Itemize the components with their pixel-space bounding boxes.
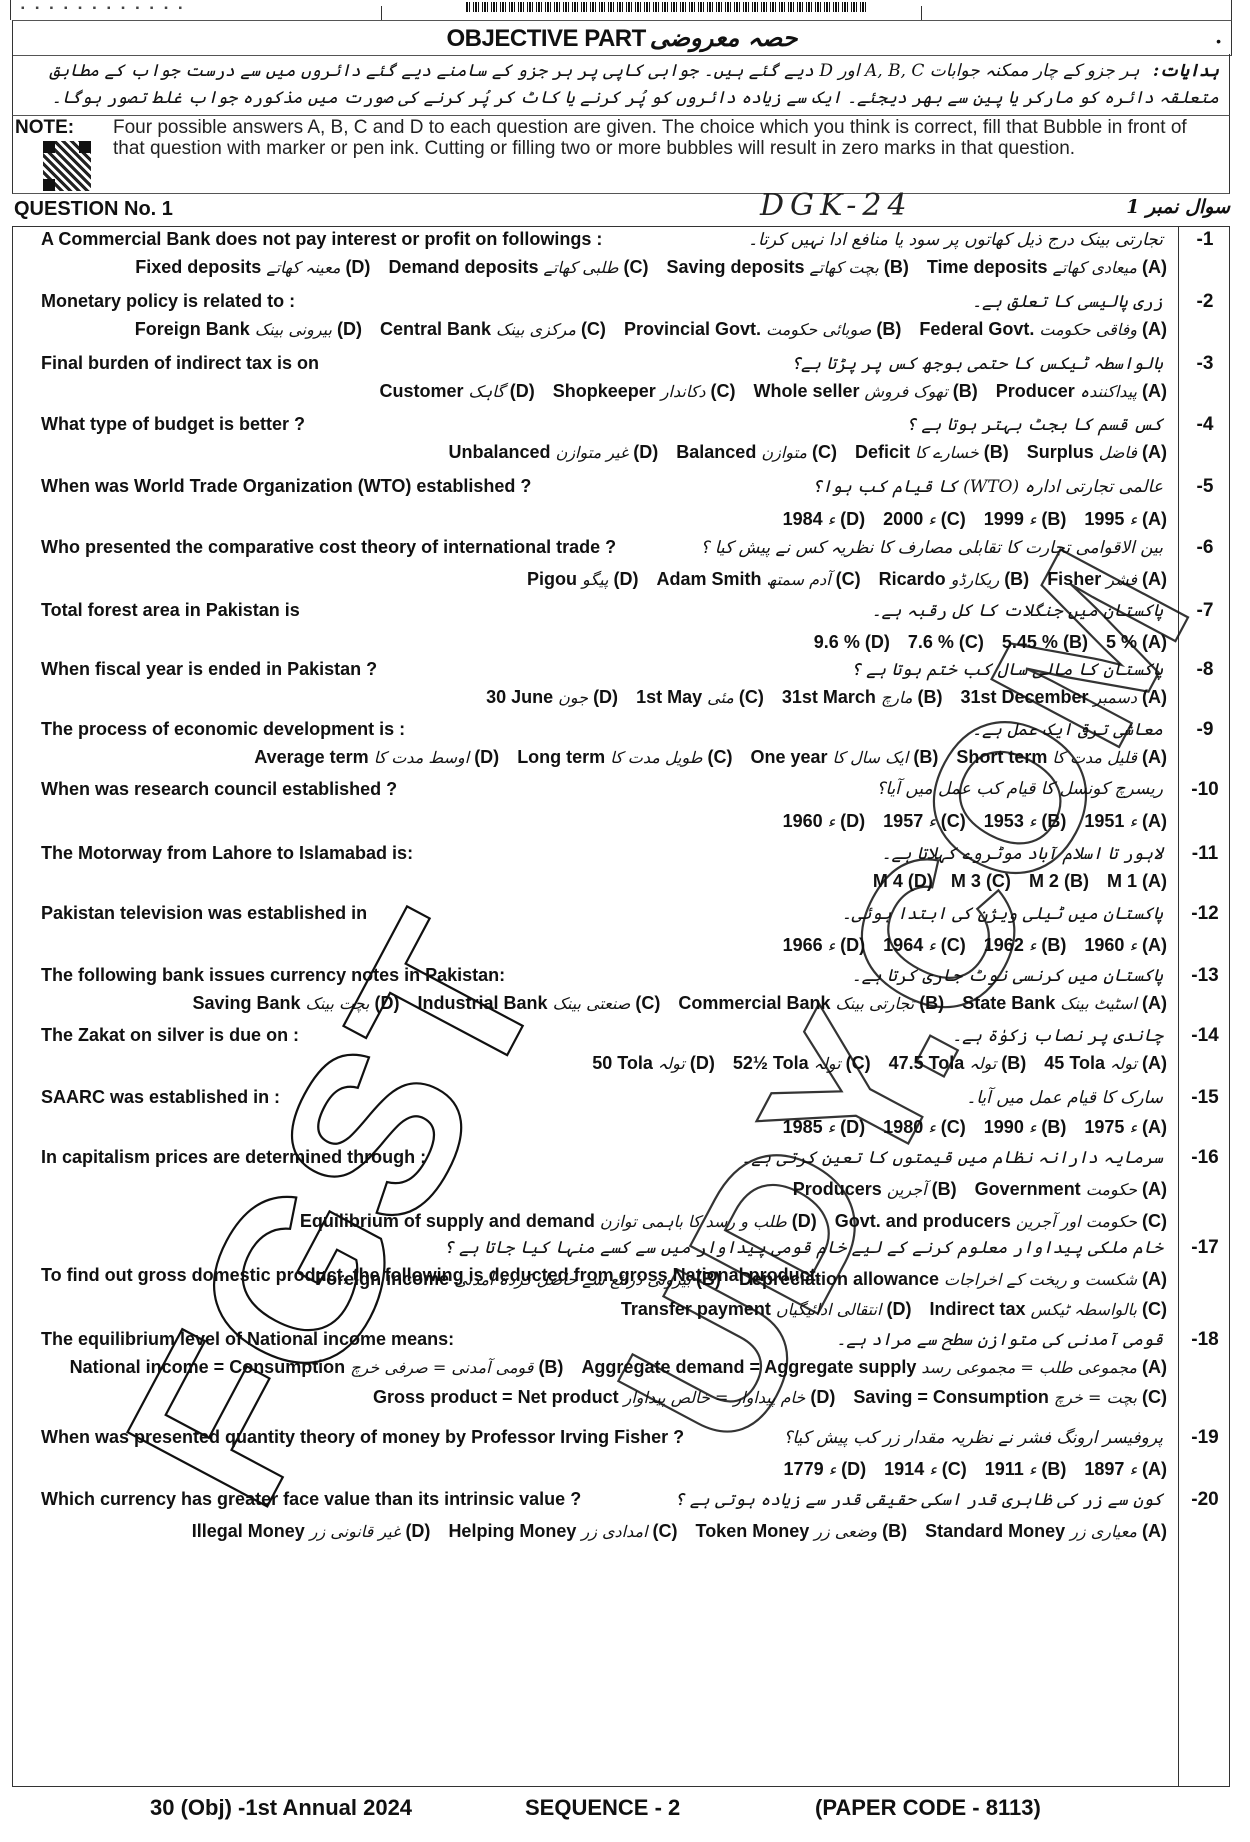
- answer-option[interactable]: Saving deposits بچت کھاتے (B): [666, 257, 908, 278]
- option-text-english: Foreign income: [315, 1269, 449, 1289]
- option-letter: (A): [1142, 381, 1167, 401]
- option-text-english: 1st May: [636, 687, 702, 707]
- option-text-urdu: طلبی کھاتے: [543, 258, 618, 277]
- option-text-urdu: اسٹیٹ بینک: [1060, 994, 1137, 1013]
- option-text-english: Fixed deposits: [135, 257, 261, 277]
- exam-page: ▪ ▪ ▪ ▪ ▪ ▪ ▪ ▪ ▪ ▪ ▪ ▪ OBJECTIVE PARTحص…: [0, 0, 1250, 1842]
- answer-option[interactable]: Federal Govt. وفاقی حکومت (A): [919, 319, 1167, 340]
- question-text-english: What type of budget is better ?: [41, 414, 305, 435]
- options-row: Average term اوسط مدت کا (D)Long term طو…: [236, 747, 1167, 768]
- option-letter: (A): [1142, 935, 1167, 955]
- option-text-english: 1995: [1084, 509, 1124, 529]
- answer-option[interactable]: 1951 ء (A): [1084, 811, 1167, 832]
- question-number: -16: [1185, 1147, 1225, 1169]
- answer-option[interactable]: Commercial Bank تجارتی بینک (B): [678, 993, 944, 1014]
- option-text-english: 1897: [1084, 1459, 1124, 1479]
- option-text-english: Deficit: [855, 442, 910, 462]
- option-text-urdu: تولہ: [814, 1054, 841, 1073]
- option-text-urdu: غیر متوازن: [556, 443, 629, 462]
- option-text-urdu: مارچ: [881, 688, 913, 707]
- option-letter: (B): [1001, 1053, 1026, 1073]
- option-letter: (B): [1064, 871, 1089, 891]
- option-text-english: 1957: [883, 811, 923, 831]
- option-text-english: 1953: [984, 811, 1024, 831]
- option-text-english: 1980: [883, 1117, 923, 1137]
- qr-code-icon: [43, 141, 91, 191]
- options-row: 1985 ء (D)1980 ء (C)1990 ء (B)1975 ء (A): [765, 1117, 1167, 1138]
- option-letter: (C): [623, 257, 648, 277]
- option-text-english: 1990: [984, 1117, 1024, 1137]
- question-text-english: The equilibrium level of National income…: [41, 1329, 454, 1350]
- answer-option[interactable]: Illegal Money غیر قانونی زر (D): [192, 1521, 431, 1542]
- answer-option[interactable]: Deficit خسارے کا (B): [855, 442, 1009, 463]
- options-row: Transfer payment انتقالی ادائیگیاں (D)In…: [603, 1299, 1167, 1320]
- answer-option[interactable]: Shopkeeper دکاندار (C): [553, 381, 736, 402]
- question-text-urdu: پاکستان میں جنگلات کا کل رقبہ ہے۔: [872, 600, 1163, 621]
- option-letter: (D): [908, 871, 933, 891]
- answer-option[interactable]: Fisher فشر (A): [1047, 569, 1167, 590]
- question-number: -6: [1185, 537, 1225, 559]
- answer-option[interactable]: Transfer payment انتقالی ادائیگیاں (D): [621, 1299, 912, 1320]
- answer-option[interactable]: One year ایک سال کا (B): [750, 747, 938, 768]
- question-text-urdu: تجارتی بینک درج ذیل کھاتوں پر سود یا منا…: [748, 229, 1163, 250]
- option-text-english: Producer: [996, 381, 1075, 401]
- option-text-english: 50 Tola: [592, 1053, 653, 1073]
- question-text-english: The process of economic development is :: [41, 719, 405, 740]
- question-text-urdu: سرمایہ دارانہ نظام میں قیمتوں کا تعین کر…: [741, 1147, 1163, 1168]
- question-number: -9: [1185, 719, 1225, 741]
- option-text-urdu: آدم سمتھ: [766, 570, 830, 589]
- answer-option[interactable]: 1995 ء (A): [1084, 509, 1167, 530]
- answer-option[interactable]: 1975 ء (A): [1084, 1117, 1167, 1138]
- answer-option[interactable]: Customer گاہک (D): [380, 381, 535, 402]
- option-letter: (B): [953, 381, 978, 401]
- answer-option[interactable]: Average term اوسط مدت کا (D): [254, 747, 499, 768]
- answer-option[interactable]: 45 Tola تولہ (A): [1044, 1053, 1167, 1074]
- option-text-urdu: فشر: [1106, 570, 1137, 589]
- options-row: 9.6 % (D)7.6 % (C)5.45 % (B)5 % (A): [796, 632, 1167, 653]
- option-text-urdu: اوسط مدت کا: [374, 748, 469, 767]
- option-letter: (B): [1041, 1117, 1066, 1137]
- option-letter: (B): [538, 1357, 563, 1377]
- paper-info: 30 (Obj) -1st Annual 2024: [150, 1795, 412, 1821]
- answer-option[interactable]: Provincial Govt. صوبائی حکومت (B): [624, 319, 901, 340]
- options-row: 30 June جون (D)1st May مئی (C)31st March…: [468, 687, 1167, 708]
- answer-option[interactable]: National income = Consumption قومی آمدنی…: [70, 1357, 564, 1378]
- question-text-english: Monetary policy is related to :: [41, 291, 295, 312]
- option-letter: (D): [633, 442, 658, 462]
- question-text-english: When was presented quantity theory of mo…: [41, 1427, 684, 1448]
- answer-option[interactable]: 1957 ء (C): [883, 811, 966, 832]
- question-heading: QUESTION No. 1: [14, 198, 173, 221]
- answer-option[interactable]: State Bank اسٹیٹ بینک (A): [962, 993, 1167, 1014]
- option-text-english: Transfer payment: [621, 1299, 771, 1319]
- options-row: Customer گاہک (D)Shopkeeper دکاندار (C)W…: [362, 381, 1167, 402]
- option-letter: (D): [375, 993, 400, 1013]
- option-letter: (D): [840, 935, 865, 955]
- options-row: Pigou پیگو (D)Adam Smith آدم سمتھ (C)Ric…: [509, 569, 1167, 590]
- option-letter: (B): [919, 993, 944, 1013]
- option-text-urdu: حکومت: [1086, 1180, 1137, 1199]
- answer-option[interactable]: 30 June جون (D): [486, 687, 618, 708]
- option-letter: (B): [882, 1521, 907, 1541]
- answer-option[interactable]: 47.5 Tola تولہ (B): [889, 1053, 1027, 1074]
- question-number: -5: [1185, 476, 1225, 498]
- option-letter: (C): [836, 569, 861, 589]
- question-number: -4: [1185, 414, 1225, 436]
- urdu-instructions: ہدایات: ہر جزو کے چار ممکنہ جوابات A, B,…: [12, 54, 1230, 116]
- answer-option[interactable]: 1897 ء (A): [1084, 1459, 1167, 1480]
- option-letter: (C): [986, 871, 1011, 891]
- option-text-urdu: ء: [928, 510, 936, 529]
- option-letter: (D): [840, 811, 865, 831]
- option-text-english: 5.45 %: [1002, 632, 1058, 652]
- answer-option[interactable]: Gross product = Net product خام پیداوار …: [373, 1387, 835, 1408]
- note-text: Four possible answers A, B, C and D to e…: [113, 117, 1223, 159]
- answer-option[interactable]: 5 % (A): [1106, 632, 1167, 653]
- answer-option[interactable]: 1964 ء (C): [883, 935, 966, 956]
- question-number: -13: [1185, 965, 1225, 987]
- option-letter: (A): [1142, 1179, 1167, 1199]
- option-text-urdu: متوازن: [761, 443, 807, 462]
- question-number: -18: [1185, 1329, 1225, 1351]
- option-letter: (D): [840, 509, 865, 529]
- option-text-urdu: حکومت اور آجرین: [1016, 1212, 1137, 1231]
- options-row: 1984 ء (D)2000 ء (C)1999 ء (B)1995 ء (A): [765, 509, 1167, 530]
- option-text-urdu: ء: [1029, 936, 1037, 955]
- answer-option[interactable]: Saving Bank بچت بینک (D): [192, 993, 399, 1014]
- option-letter: (D): [810, 1387, 835, 1407]
- option-letter: (A): [1142, 747, 1167, 767]
- option-text-urdu: بالواسطہ ٹیکس: [1031, 1300, 1137, 1319]
- option-text-english: 1964: [883, 935, 923, 955]
- answer-option[interactable]: Adam Smith آدم سمتھ (C): [656, 569, 860, 590]
- option-text-urdu: دکاندار: [661, 382, 706, 401]
- option-text-urdu: ء: [1129, 936, 1137, 955]
- option-text-urdu: فاضل: [1099, 443, 1137, 462]
- answer-option[interactable]: 1953 ء (B): [984, 811, 1067, 832]
- option-text-urdu: ریکارڈو: [951, 570, 999, 589]
- option-text-english: Foreign Bank: [135, 319, 250, 339]
- answer-option[interactable]: Whole seller تھوک فروش (B): [753, 381, 977, 402]
- question-number: -8: [1185, 659, 1225, 681]
- question-text-english: Which currency has greater face value th…: [41, 1489, 581, 1510]
- option-text-english: 9.6 %: [814, 632, 860, 652]
- question-text-english: When fiscal year is ended in Pakistan ?: [41, 659, 377, 680]
- option-letter: (A): [1142, 1053, 1167, 1073]
- option-text-english: 52½ Tola: [733, 1053, 809, 1073]
- question-text-urdu: سارک کا قیام عمل میں آیا۔: [966, 1087, 1163, 1108]
- option-letter: (A): [1142, 871, 1167, 891]
- option-letter: (C): [581, 319, 606, 339]
- answer-option[interactable]: Foreign Bank بیرونی بینک (D): [135, 319, 362, 340]
- option-text-english: Short term: [956, 747, 1047, 767]
- option-letter: (D): [865, 632, 890, 652]
- answer-option[interactable]: Government حکومت (A): [975, 1179, 1167, 1200]
- option-letter: (A): [1142, 632, 1167, 652]
- option-letter: (A): [1142, 687, 1167, 707]
- options-row: Foreign income بیرونی ذرائع سے حاصل کردہ…: [297, 1269, 1167, 1290]
- question-number: -7: [1185, 600, 1225, 622]
- answer-option[interactable]: 50 Tola تولہ (D): [592, 1053, 715, 1074]
- option-letter: (C): [846, 1053, 871, 1073]
- option-text-english: M 3: [951, 871, 981, 891]
- option-letter: (B): [696, 1269, 721, 1289]
- options-row: 1960 ء (D)1957 ء (C)1953 ء (B)1951 ء (A): [765, 811, 1167, 832]
- option-letter: (D): [593, 687, 618, 707]
- answer-option[interactable]: Saving = Consumption بچت = خرچ (C): [853, 1387, 1167, 1408]
- answer-option[interactable]: Short term قلیل مدت کا (A): [956, 747, 1167, 768]
- option-text-english: Depreciation allowance: [739, 1269, 939, 1289]
- answer-option[interactable]: 1960 ء (D): [783, 811, 866, 832]
- option-text-english: Helping Money: [448, 1521, 576, 1541]
- option-text-english: Standard Money: [925, 1521, 1065, 1541]
- option-text-english: Unbalanced: [449, 442, 551, 462]
- option-text-english: 1960: [783, 811, 823, 831]
- question-text-english: A Commercial Bank does not pay interest …: [41, 229, 602, 250]
- option-letter: (A): [1142, 442, 1167, 462]
- question-text-urdu: قومی آمدنی کی متوازن سطح سے مراد ہے۔: [836, 1329, 1163, 1350]
- divider: [921, 6, 922, 20]
- option-text-urdu: مئی: [707, 688, 734, 707]
- option-text-urdu: بچت کھاتے: [810, 258, 879, 277]
- sequence-label: SEQUENCE - 2: [525, 1795, 680, 1821]
- option-text-urdu: ء: [828, 510, 836, 529]
- answer-option[interactable]: Standard Money معیاری زر (A): [925, 1521, 1167, 1542]
- option-text-urdu: ء: [1029, 1118, 1037, 1137]
- question-text-urdu: پاکستان کا مالی سال کب ختم ہوتا ہے ؟: [851, 659, 1163, 680]
- options-row: Producers آجرین (B)Government حکومت (A): [775, 1179, 1167, 1200]
- option-text-english: Producers: [793, 1179, 882, 1199]
- option-text-english: 1966: [783, 935, 823, 955]
- page-title: OBJECTIVE PARTحصہ معروضی: [13, 23, 1231, 53]
- answer-option[interactable]: Unbalanced غیر متوازن (D): [449, 442, 659, 463]
- option-text-urdu: تولہ: [969, 1054, 996, 1073]
- option-text-urdu: ء: [1029, 1460, 1037, 1479]
- answer-option[interactable]: Foreign income بیرونی ذرائع سے حاصل کردہ…: [315, 1269, 721, 1290]
- option-text-urdu: شکست و ریخت کے اخراجات: [944, 1270, 1137, 1289]
- option-text-english: M 1: [1107, 871, 1137, 891]
- answer-option[interactable]: Demand deposits طلبی کھاتے (C): [388, 257, 648, 278]
- option-letter: (D): [690, 1053, 715, 1073]
- option-text-english: Federal Govt.: [919, 319, 1034, 339]
- answer-option[interactable]: 1990 ء (B): [984, 1117, 1067, 1138]
- answer-option[interactable]: 1911 ء (B): [985, 1459, 1067, 1480]
- option-letter: (C): [1142, 1211, 1167, 1231]
- option-text-english: Time deposits: [927, 257, 1048, 277]
- option-text-english: Adam Smith: [656, 569, 761, 589]
- option-text-urdu: تولہ: [658, 1054, 685, 1073]
- question-text-urdu: ریسرچ کونسل کا قیام کب عمل میں آیا؟: [876, 779, 1163, 799]
- option-text-urdu: انتقالی ادائیگیاں: [776, 1300, 882, 1319]
- options-row: Unbalanced غیر متوازن (D)Balanced متوازن…: [431, 442, 1167, 463]
- option-text-english: 45 Tola: [1044, 1053, 1105, 1073]
- answer-option[interactable]: 1985 ء (D): [783, 1117, 866, 1138]
- option-text-english: 1999: [984, 509, 1024, 529]
- option-letter: (D): [474, 747, 499, 767]
- answer-option[interactable]: 1779 ء (D): [784, 1459, 867, 1480]
- options-row: Gross product = Net product خام پیداوار …: [355, 1387, 1167, 1408]
- option-letter: (B): [1041, 1459, 1066, 1479]
- question-number: -12: [1185, 903, 1225, 925]
- answer-option[interactable]: 9.6 % (D): [814, 632, 890, 653]
- option-text-english: 1911: [985, 1459, 1024, 1479]
- answer-option[interactable]: Time deposits میعادی کھاتے (A): [927, 257, 1167, 278]
- option-text-urdu: ایک سال کا: [833, 748, 909, 767]
- answer-option[interactable]: 7.6 % (C): [908, 632, 984, 653]
- option-text-urdu: پیداکنندہ: [1080, 382, 1137, 401]
- option-letter: (D): [792, 1211, 817, 1231]
- option-text-english: Surplus: [1027, 442, 1094, 462]
- answer-option[interactable]: 1999 ء (B): [984, 509, 1067, 530]
- answer-option[interactable]: Equilibrium of supply and demand طلب و ر…: [300, 1211, 817, 1232]
- answer-option[interactable]: M 3 (C): [951, 871, 1011, 892]
- answer-option[interactable]: Surplus فاضل (A): [1027, 442, 1167, 463]
- question-text-english: When was World Trade Organization (WTO) …: [41, 476, 531, 497]
- option-text-english: Commercial Bank: [678, 993, 830, 1013]
- option-text-english: 1962: [984, 935, 1024, 955]
- question-number: -14: [1185, 1025, 1225, 1047]
- option-text-urdu: بچت بینک: [306, 994, 370, 1013]
- option-text-urdu: ء: [1029, 812, 1037, 831]
- question-text-urdu: پاکستان میں ٹیلی ویژن کی ابتدا ہوئی۔: [842, 903, 1163, 924]
- option-text-urdu: میعادی کھاتے: [1053, 258, 1137, 277]
- options-row: Foreign Bank بیرونی بینک (D)Central Bank…: [117, 319, 1167, 340]
- question-text-urdu: پروفیسر ارونگ فشر نے نظریہ مقدار زر کب پ…: [783, 1427, 1163, 1448]
- option-letter: (A): [1142, 1459, 1167, 1479]
- answer-option[interactable]: M 2 (B): [1029, 871, 1089, 892]
- option-letter: (A): [1142, 993, 1167, 1013]
- option-letter: (B): [1004, 569, 1029, 589]
- option-text-urdu: آجرین: [887, 1180, 927, 1199]
- option-letter: (A): [1142, 1117, 1167, 1137]
- answer-option[interactable]: Central Bank مرکزی بینک (C): [380, 319, 606, 340]
- option-letter: (B): [984, 442, 1009, 462]
- answer-option[interactable]: Balanced متوازن (C): [676, 442, 837, 463]
- answer-option[interactable]: Industrial Bank صنعتی بینک (C): [418, 993, 661, 1014]
- option-text-english: Gross product = Net product: [373, 1387, 619, 1407]
- option-text-english: Saving Bank: [192, 993, 300, 1013]
- title-english: OBJECTIVE PART: [447, 25, 646, 52]
- option-text-urdu: امدادی زر: [581, 1522, 647, 1541]
- option-text-english: Pigou: [527, 569, 577, 589]
- answer-option[interactable]: 52½ Tola تولہ (C): [733, 1053, 871, 1074]
- answer-option[interactable]: 31st December دسمبر (A): [960, 687, 1167, 708]
- answer-option[interactable]: 1914 ء (C): [884, 1459, 967, 1480]
- option-text-english: 1914: [884, 1459, 924, 1479]
- divider: [381, 6, 382, 20]
- answer-option[interactable]: Fixed deposits معینہ کھاتے (D): [135, 257, 370, 278]
- option-text-urdu: مرکزی بینک: [496, 320, 576, 339]
- answer-option[interactable]: 31st March مارچ (B): [782, 687, 943, 708]
- option-letter: (B): [1041, 509, 1066, 529]
- question-number: -10: [1185, 779, 1225, 801]
- option-letter: (C): [812, 442, 837, 462]
- options-row: 1779 ء (D)1914 ء (C)1911 ء (B)1897 ء (A): [766, 1459, 1167, 1480]
- answer-option[interactable]: M 1 (A): [1107, 871, 1167, 892]
- answer-option[interactable]: Producer پیداکنندہ (A): [996, 381, 1167, 402]
- option-text-urdu: ء: [828, 936, 836, 955]
- option-text-english: Balanced: [676, 442, 756, 462]
- option-text-urdu: طویل مدت کا: [610, 748, 702, 767]
- option-letter: (C): [710, 381, 735, 401]
- question-heading-urdu: سوال نمبر 1: [1126, 196, 1230, 218]
- option-letter: (D): [405, 1521, 430, 1541]
- option-text-urdu: ء: [928, 936, 936, 955]
- answer-option[interactable]: M 4 (D): [873, 871, 933, 892]
- option-text-english: State Bank: [962, 993, 1055, 1013]
- option-text-urdu: صنعتی بینک: [553, 994, 631, 1013]
- question-number: -15: [1185, 1087, 1225, 1109]
- option-text-urdu: جون: [558, 688, 588, 707]
- option-letter: (A): [1142, 509, 1167, 529]
- option-text-urdu: ء: [928, 812, 936, 831]
- option-letter: (C): [707, 747, 732, 767]
- answer-option[interactable]: Indirect tax بالواسطہ ٹیکس (C): [930, 1299, 1167, 1320]
- option-text-english: 1985: [783, 1117, 823, 1137]
- option-letter: (A): [1142, 569, 1167, 589]
- option-text-urdu: ء: [1129, 1460, 1137, 1479]
- question-number: -1: [1185, 229, 1225, 251]
- option-text-english: National income = Consumption: [70, 1357, 346, 1377]
- question-number: -2: [1185, 291, 1225, 313]
- option-text-urdu: طلب و رسد کا باہمی توازن: [600, 1212, 787, 1231]
- answer-option[interactable]: 1962 ء (B): [984, 935, 1067, 956]
- answer-option[interactable]: 1984 ء (D): [783, 509, 866, 530]
- answer-option[interactable]: 1980 ء (C): [883, 1117, 966, 1138]
- option-text-urdu: تجارتی بینک: [835, 994, 914, 1013]
- answer-option[interactable]: 1960 ء (A): [1084, 935, 1167, 956]
- answer-option[interactable]: Aggregate demand = Aggregate supply مجمو…: [581, 1357, 1167, 1378]
- option-text-english: 1779: [784, 1459, 824, 1479]
- answer-option[interactable]: Pigou پیگو (D): [527, 569, 638, 590]
- option-letter: (C): [942, 1459, 967, 1479]
- answer-option[interactable]: Ricardo ریکارڈو (B): [879, 569, 1030, 590]
- options-row: 50 Tola تولہ (D)52½ Tola تولہ (C)47.5 To…: [574, 1053, 1167, 1074]
- option-text-english: Govt. and producers: [835, 1211, 1011, 1231]
- answer-option[interactable]: Long term طویل مدت کا (C): [517, 747, 732, 768]
- option-text-english: Saving = Consumption: [853, 1387, 1049, 1407]
- option-letter: (D): [345, 257, 370, 277]
- option-letter: (A): [1142, 319, 1167, 339]
- option-text-english: Illegal Money: [192, 1521, 305, 1541]
- option-text-english: 1984: [783, 509, 823, 529]
- answer-option[interactable]: Depreciation allowance شکست و ریخت کے اخ…: [739, 1269, 1167, 1290]
- answer-option[interactable]: Token Money وضعی زر (B): [696, 1521, 908, 1542]
- option-letter: (A): [1142, 1269, 1167, 1289]
- option-letter: (B): [1041, 811, 1066, 831]
- answer-option[interactable]: Helping Money امدادی زر (C): [448, 1521, 677, 1542]
- option-text-english: 31st March: [782, 687, 876, 707]
- options-row: National income = Consumption قومی آمدنی…: [52, 1357, 1167, 1378]
- answer-option[interactable]: 5.45 % (B): [1002, 632, 1088, 653]
- answer-option[interactable]: Producers آجرین (B): [793, 1179, 957, 1200]
- question-text-english: The Zakat on silver is due on :: [41, 1025, 299, 1046]
- question-number: -3: [1185, 353, 1225, 375]
- answer-option[interactable]: 1966 ء (D): [783, 935, 866, 956]
- answer-option[interactable]: 1st May مئی (C): [636, 687, 764, 708]
- option-text-urdu: تھوک فروش: [865, 382, 948, 401]
- option-letter: (A): [1142, 1357, 1167, 1377]
- urdu-instructions-label: ہدایات:: [1153, 61, 1219, 81]
- option-text-urdu: قلیل مدت کا: [1052, 748, 1137, 767]
- option-letter: (D): [510, 381, 535, 401]
- question-text-urdu: عالمی تجارتی ادارہ (WTO) کا قیام کب ہوا؟: [812, 476, 1163, 497]
- question-text-urdu: خام ملکی پیداوار معلوم کرنے کے لیے خام ق…: [444, 1237, 1163, 1258]
- answer-option[interactable]: 2000 ء (C): [883, 509, 966, 530]
- urdu-instructions-text: ہر جزو کے چار ممکنہ جوابات A, B, C اور D…: [49, 61, 1219, 108]
- answer-option[interactable]: Govt. and producers حکومت اور آجرین (C): [835, 1211, 1167, 1232]
